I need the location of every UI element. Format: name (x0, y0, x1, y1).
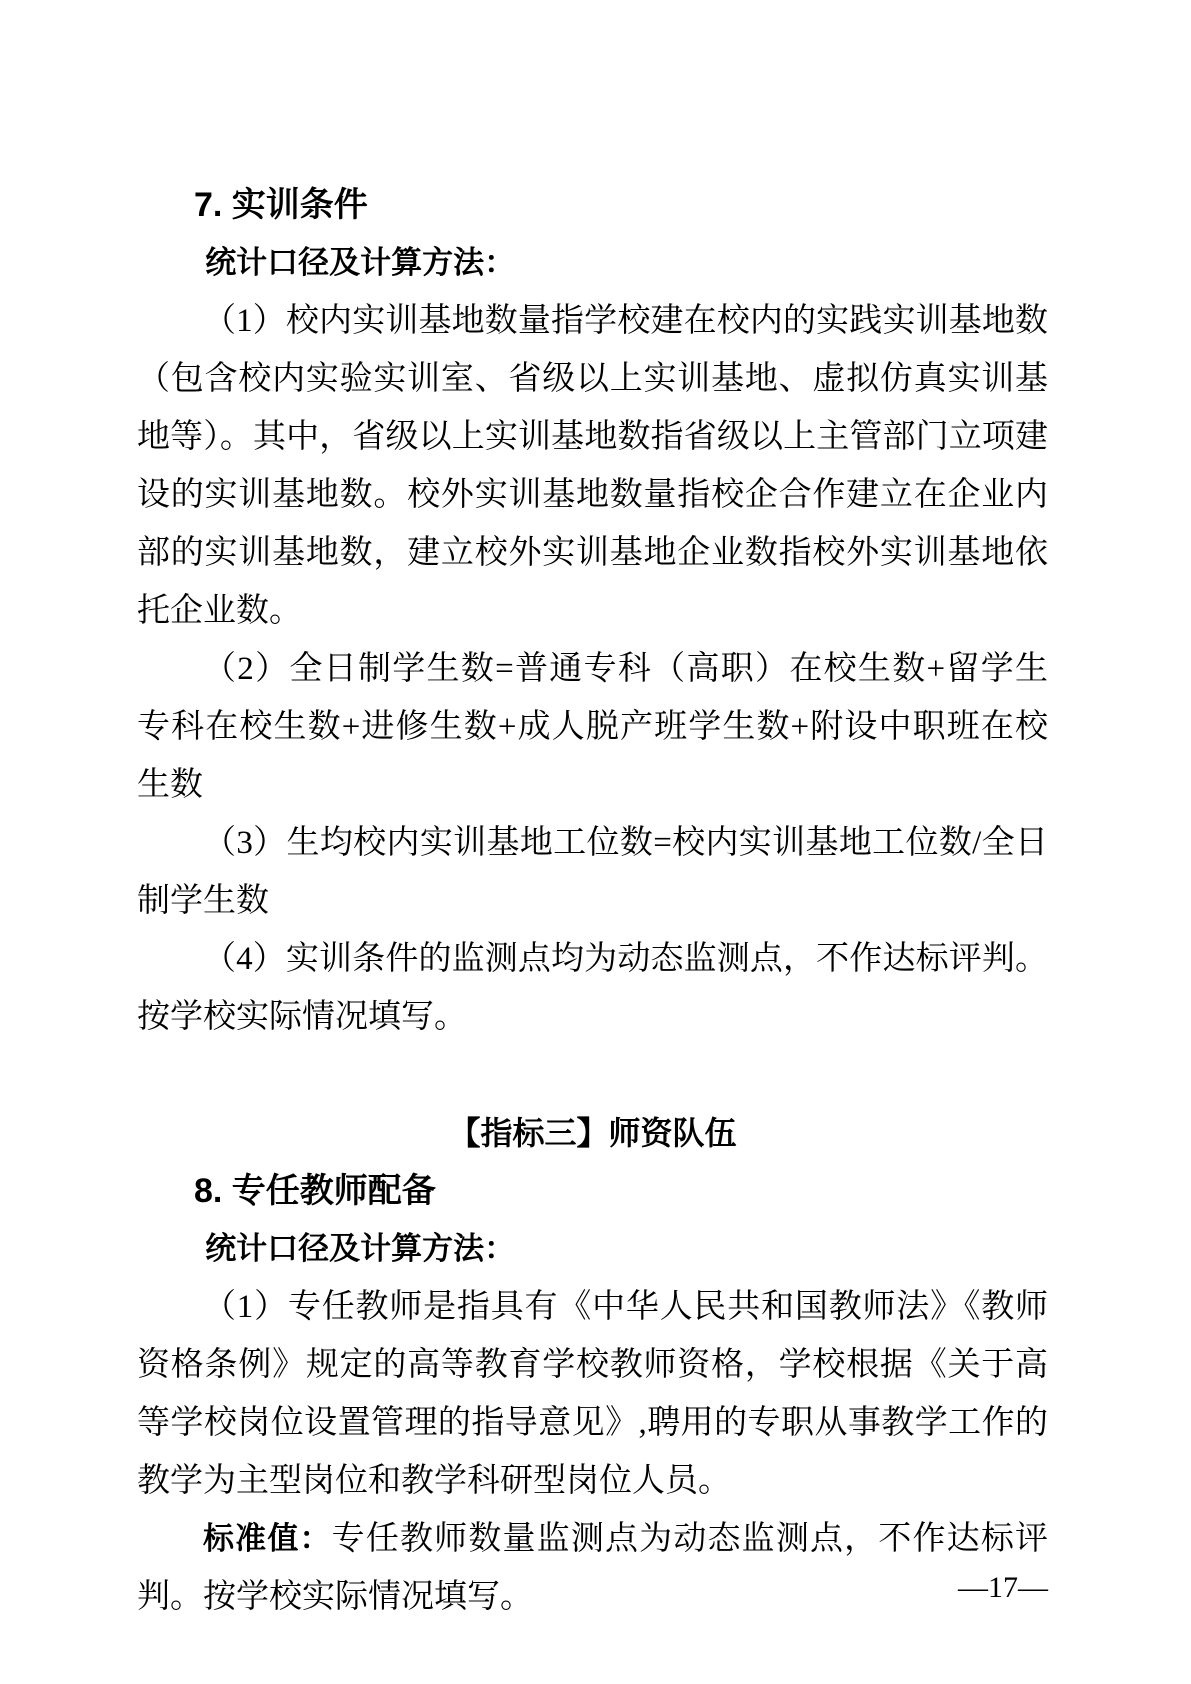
section8-method-label: 统计口径及计算方法： (137, 1220, 1048, 1278)
indicator3-heading: 【指标三】师资队伍 (137, 1104, 1048, 1162)
page-number: —17— (137, 1572, 1048, 1604)
section8-paragraph-1: （1）专任教师是指具有《中华人民共和国教师法》《教师资格条例》规定的高等教育学校… (137, 1278, 1048, 1510)
section7-paragraph-1: （1）校内实训基地数量指学校建在校内的实践实训基地数（包含校内实验实训室、省级以… (137, 292, 1048, 640)
standard-value-label: 标准值： (203, 1521, 332, 1556)
document-page: 7. 实训条件 统计口径及计算方法： （1）校内实训基地数量指学校建在校内的实践… (0, 0, 1191, 1684)
section7-paragraph-2: （2）全日制学生数=普通专科（高职）在校生数+留学生专科在校生数+进修生数+成人… (137, 640, 1048, 814)
section7-method-label: 统计口径及计算方法： (137, 234, 1048, 292)
section7-heading: 7. 实训条件 (137, 176, 1048, 234)
section8-heading: 8. 专任教师配备 (137, 1162, 1048, 1220)
section8-standard-paragraph: 标准值：专任教师数量监测点为动态监测点，不作达标评判。按学校实际情况填写。 (137, 1510, 1048, 1626)
section7-paragraph-3: （3）生均校内实训基地工位数=校内实训基地工位数/全日制学生数 (137, 814, 1048, 930)
document-content: 7. 实训条件 统计口径及计算方法： （1）校内实训基地数量指学校建在校内的实践… (137, 176, 1048, 1626)
section7-paragraph-4: （4）实训条件的监测点均为动态监测点，不作达标评判。按学校实际情况填写。 (137, 930, 1048, 1046)
